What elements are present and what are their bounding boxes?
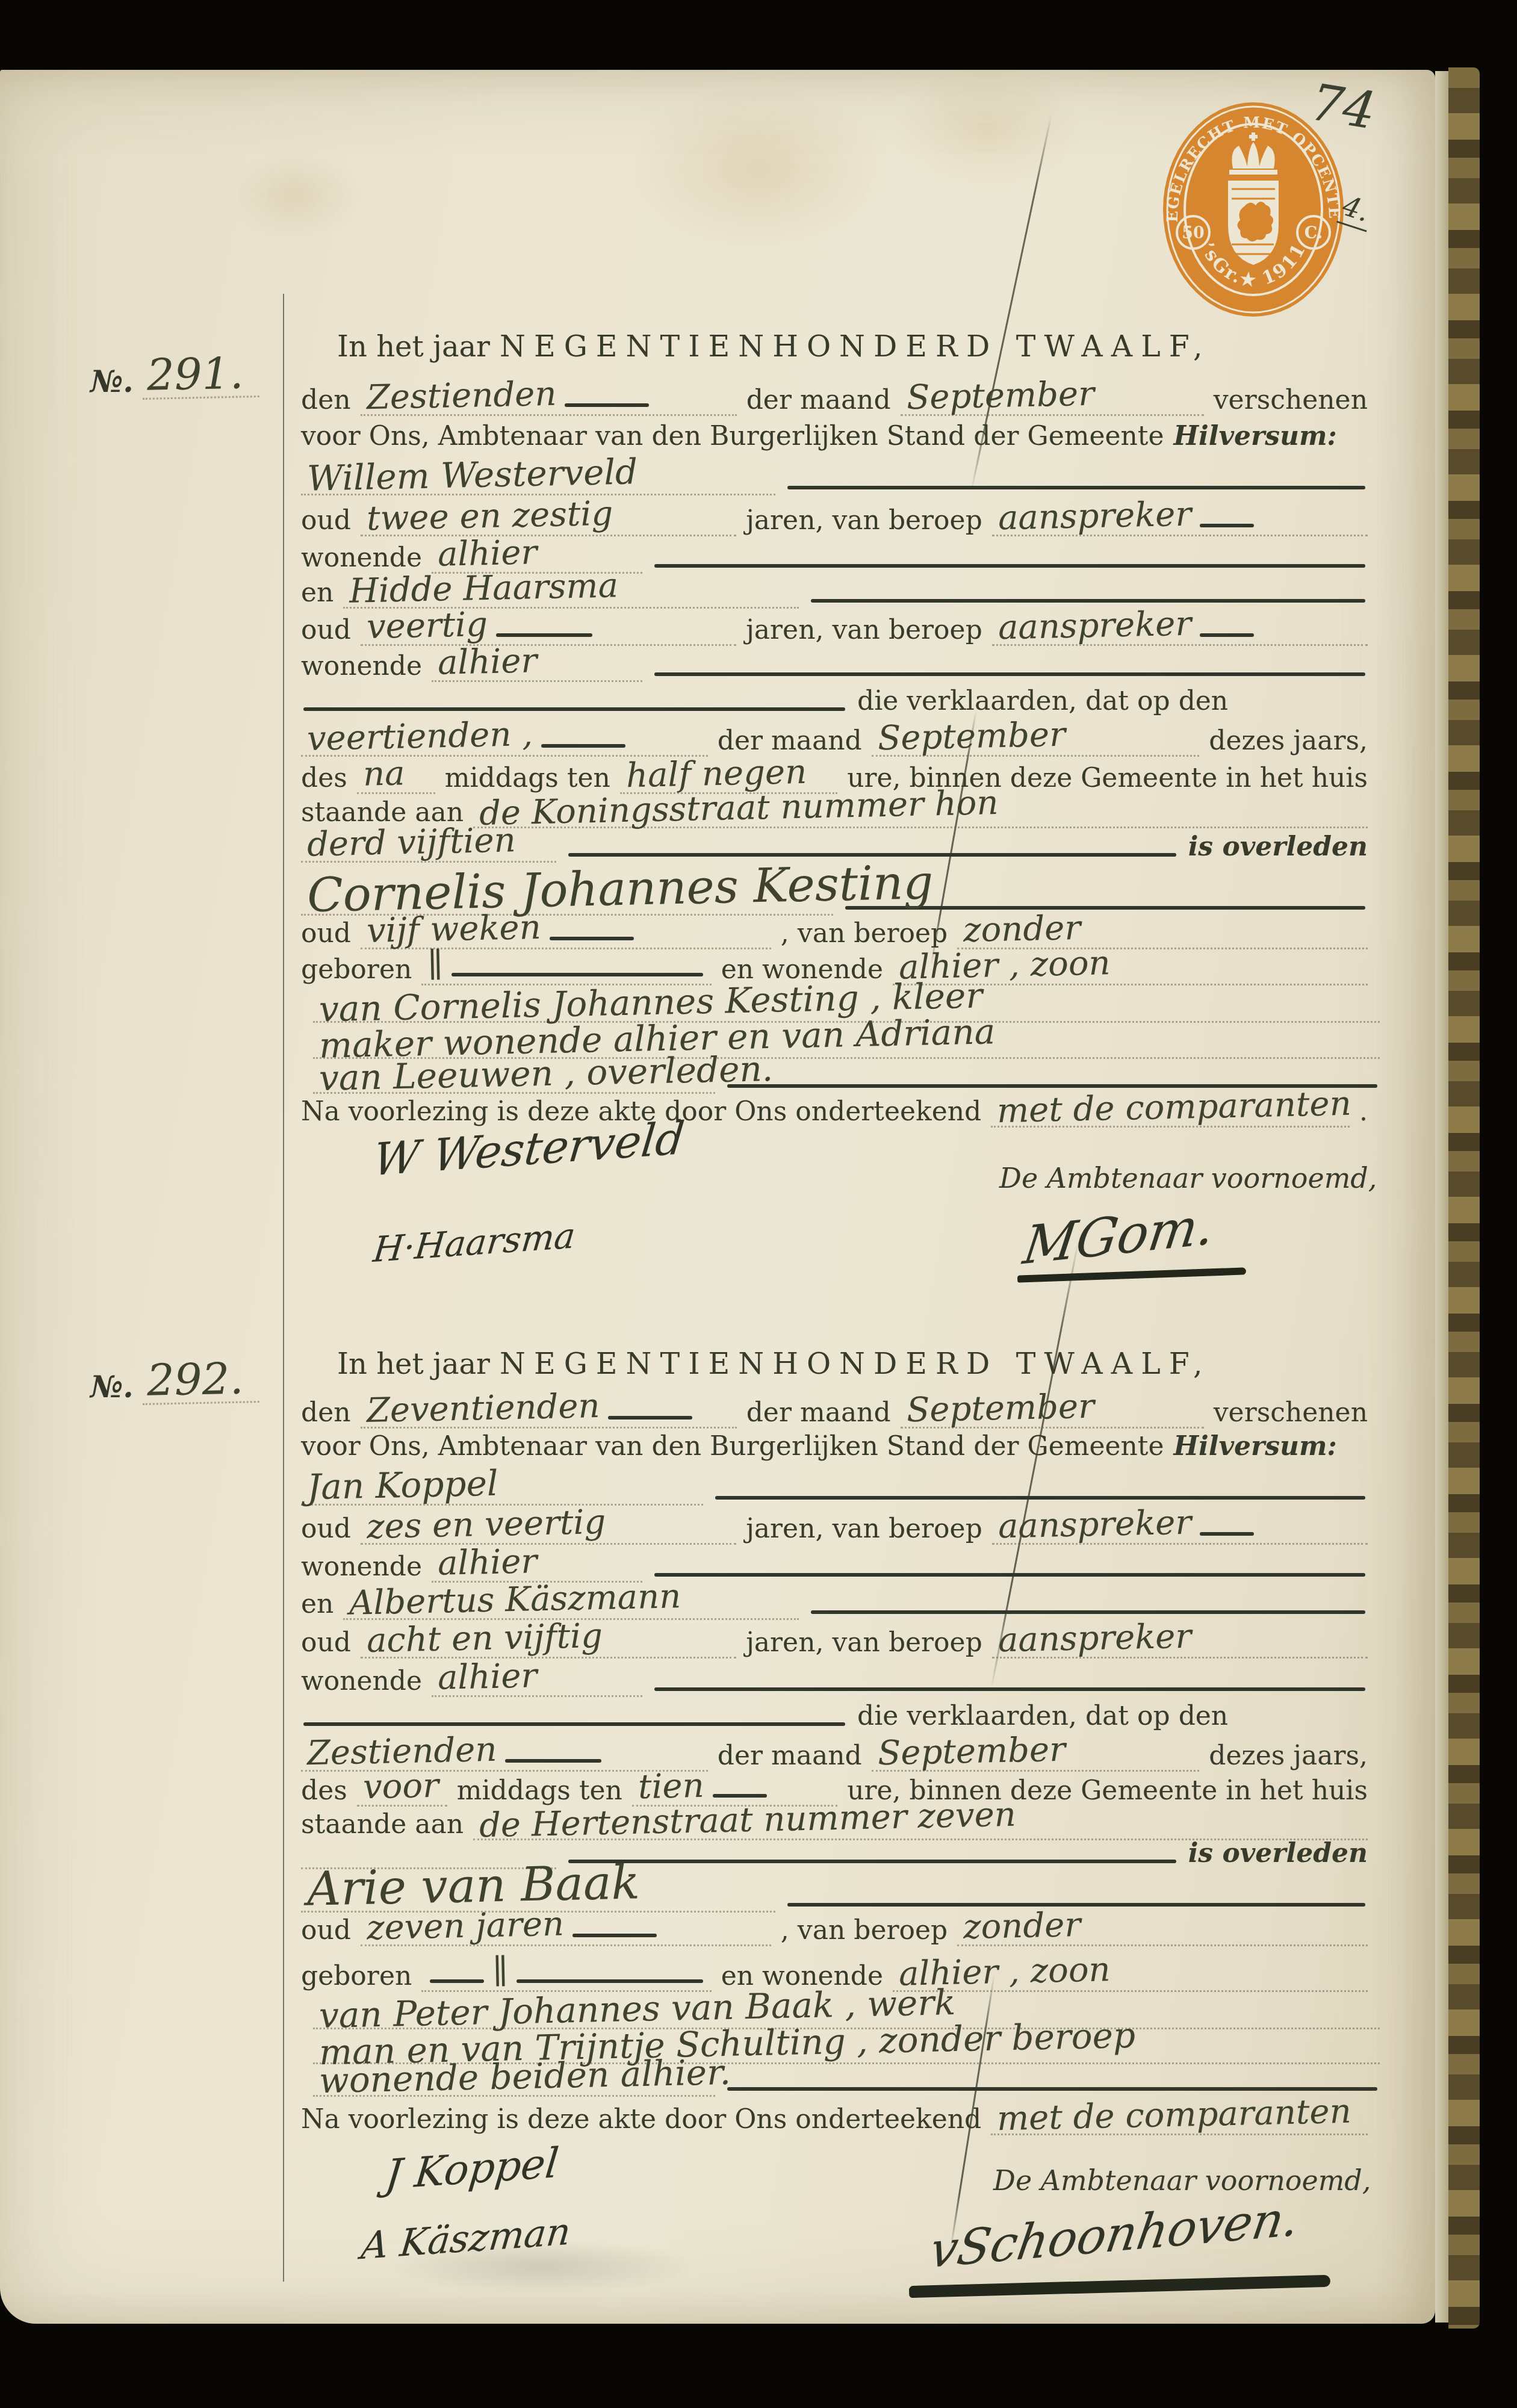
ink-dash: [505, 1759, 601, 1763]
declarant2-line: en Albertus Käszmann: [301, 1583, 1368, 1620]
residence2-handwritten: alhier: [438, 644, 538, 680]
margin-rule: [283, 294, 284, 2282]
oud-label: oud: [301, 1916, 351, 1946]
profession1-handwritten: aanspreker: [997, 498, 1191, 536]
age2-line: oud veertig jaren, van beroep aanspreker: [301, 609, 1368, 646]
death-month-handwritten: September: [877, 718, 1066, 756]
gemeente-label: Hilversum:: [1174, 421, 1337, 452]
date-line: den Zeventienden der maand September ver…: [301, 1392, 1368, 1429]
ink-dash: [541, 744, 625, 748]
deceased-age-handwritten: zeven jaren: [366, 1908, 564, 1946]
jaren-beroep-label: jaren, van beroep: [746, 615, 982, 646]
crown-icon: [1232, 142, 1274, 169]
age2-handwritten: acht en vijftig: [366, 1619, 603, 1658]
year-label: NEGENTIENHONDERD TWAALF,: [500, 1347, 1211, 1381]
ink-rule: [303, 1722, 845, 1726]
address1-handwritten: de Hertenstraat nummer zeven: [479, 1798, 1017, 1843]
address1-handwritten: de Koningsstraat nummer hon: [479, 786, 999, 831]
age1-line: oud twee en zestig jaren, van beroep aan…: [301, 500, 1368, 536]
declarant1-line: Willem Westerveld: [301, 458, 1368, 495]
ink-rule: [654, 564, 1365, 568]
verklaarden-label: die verklaarden, dat op den: [857, 1701, 1228, 1732]
ink-dash: [1200, 524, 1254, 527]
residence1-handwritten: alhier: [438, 536, 538, 571]
book-binding-edge: [1448, 67, 1480, 2329]
geboren-fill-handwritten: ∥: [492, 1955, 509, 1990]
jaren-beroep-label: jaren, van beroep: [746, 1514, 982, 1545]
residence1-handwritten: alhier: [438, 1545, 538, 1580]
closing-fill-handwritten: met de comparanten: [997, 1087, 1352, 1128]
death-month-handwritten: September: [877, 1733, 1066, 1771]
verschenen-label: verschenen: [1214, 1398, 1368, 1429]
declaration-line: die verklaarden, dat op den: [301, 1701, 1368, 1732]
ink-rule: [568, 853, 1176, 857]
parents3-handwritten: wonende beiden alhier.: [318, 2055, 731, 2098]
stamp-value-50: 50: [1182, 224, 1205, 243]
der-maand-label: der maand: [746, 385, 891, 416]
residence2-handwritten: alhier: [438, 1659, 538, 1695]
ink-rule: [303, 707, 845, 711]
declarant2-handwritten: Albertus Käszmann: [349, 1580, 681, 1621]
deceased-profession-handwritten: zonder: [963, 911, 1081, 948]
ink-dash: [572, 1934, 657, 1937]
folio-number: 74: [1307, 72, 1380, 141]
record-number-291: №. 291.: [90, 352, 271, 399]
deceased-profession-handwritten: zonder: [963, 1908, 1081, 1944]
des-label: des: [301, 763, 347, 794]
age2-handwritten: veertig: [366, 608, 488, 644]
ink-rule: [787, 486, 1365, 489]
ink-dash: [713, 1794, 767, 1798]
age1-handwritten: zes en veertig: [366, 1506, 606, 1544]
oud-label: oud: [301, 919, 351, 949]
ink-dash: [565, 403, 649, 407]
parents-line-2: maker wonende alhier en van Adriana: [313, 1021, 1380, 1059]
en-label: en: [301, 578, 333, 609]
official-title-label: De Ambtenaar voornoemd,: [999, 1162, 1377, 1194]
day-handwritten: Zestienden: [366, 377, 557, 415]
scanned-register-page: ZEGELRECHT MET OPCENTEN ’sGr.★ 1911 50 C…: [0, 0, 1517, 2408]
revenue-stamp: ZEGELRECHT MET OPCENTEN ’sGr.★ 1911 50 C…: [1162, 101, 1345, 318]
daypart-handwritten: voor: [362, 1769, 439, 1805]
des-label: des: [301, 1776, 347, 1807]
geboren-label: geboren: [301, 1961, 412, 1992]
ink-dash: [430, 1979, 484, 1983]
no-label: №.: [90, 1370, 134, 1404]
ink-dash: [1200, 633, 1254, 637]
official-title-label: De Ambtenaar voornoemd,: [993, 2164, 1371, 2197]
intro-label: In het jaar: [337, 330, 490, 364]
den-label: den: [301, 385, 351, 416]
oud-label: oud: [301, 1628, 351, 1659]
declarant1-handwritten: Willem Westerveld: [306, 454, 638, 495]
stamp-value-c: C.: [1304, 224, 1323, 243]
voor-ons-label: voor Ons, Ambtenaar van den Burgerlijken…: [301, 1432, 1164, 1462]
verschenen-label: verschenen: [1214, 385, 1368, 416]
parents-line-3: wonende beiden alhier.: [313, 2059, 1380, 2097]
daypart-handwritten: na: [362, 757, 405, 791]
wonende-label: wonende: [301, 651, 422, 682]
jaren-beroep-label: jaren, van beroep: [746, 1628, 982, 1659]
ink-rule: [654, 672, 1365, 676]
record-number-value: 292.: [141, 1356, 259, 1405]
parents3-handwritten: van Leeuwen , overleden.: [318, 1051, 773, 1096]
dezes-jaars-label: dezes jaars,: [1209, 726, 1368, 757]
intro-line: In het jaar NEGENTIENHONDERD TWAALF,: [337, 1347, 1367, 1381]
no-label: №.: [90, 364, 134, 399]
geboren-fill-handwritten: ∥: [427, 949, 444, 983]
oud-label: oud: [301, 615, 351, 646]
staande-aan-label: staande aan: [301, 1810, 464, 1840]
deceased-age-line: oud zeven jaren , van beroep zonder: [301, 1910, 1368, 1946]
oud-label: oud: [301, 1514, 351, 1545]
gemeente-label: Hilversum:: [1174, 1432, 1337, 1462]
ink-dash: [496, 633, 592, 637]
residence1-line: wonende alhier: [301, 1546, 1368, 1583]
wonende-label: wonende: [301, 543, 422, 574]
deceased-line: Arie van Baak: [301, 1863, 1368, 1913]
record-number-292: №. 292.: [90, 1358, 271, 1404]
declarant2-handwritten: Hidde Haarsma: [349, 569, 619, 608]
day-handwritten: Zeventienden: [366, 1389, 600, 1428]
deceased-name-handwritten: Arie van Baak: [306, 1859, 640, 1913]
ink-dash: [608, 1416, 692, 1420]
profession1-handwritten: aanspreker: [997, 1506, 1191, 1544]
jaren-beroep-label: jaren, van beroep: [746, 506, 982, 536]
deceased-age-handwritten: vijf weken: [366, 911, 541, 948]
ink-dash: [550, 937, 634, 940]
death-date-line: Zestienden der maand September dezes jaa…: [301, 1735, 1368, 1772]
ink-rule: [811, 599, 1365, 603]
hour-handwritten: tien: [638, 1769, 704, 1804]
der-maand-label: der maand: [718, 726, 862, 757]
death-date-line: veertienden , der maand September dezes …: [301, 720, 1368, 757]
official-intro-line: voor Ons, Ambtenaar van den Burgerlijken…: [301, 1432, 1368, 1462]
profession2-handwritten: aanspreker: [997, 1620, 1191, 1658]
intro-line: In het jaar NEGENTIENHONDERD TWAALF,: [337, 330, 1367, 364]
wonende-label: wonende: [301, 1666, 422, 1697]
oud-label: oud: [301, 506, 351, 536]
middags-ten-label: middags ten: [457, 1776, 622, 1807]
age1-line: oud zes en veertig jaren, van beroep aan…: [301, 1508, 1368, 1545]
der-maand-label: der maand: [746, 1398, 891, 1429]
wonende-label: wonende: [301, 1552, 422, 1583]
declarant2-line: en Hidde Haarsma: [301, 572, 1368, 609]
residence2-line: wonende alhier: [301, 645, 1368, 682]
signature-declarant1: J Koppel: [383, 2143, 560, 2197]
deceased-age-line: oud vijf weken , van beroep zonder: [301, 913, 1368, 949]
geboren-label: geboren: [301, 955, 412, 985]
ink-rule: [727, 2087, 1377, 2091]
closing-line: Na voorlezing is deze akte door Ons onde…: [301, 1091, 1368, 1128]
month-handwritten: September: [906, 1390, 1094, 1428]
ink-rule: [811, 1610, 1365, 1614]
ink-rule: [715, 1496, 1365, 1500]
date-line: den Zestienden der maand September versc…: [301, 379, 1368, 416]
closing-label: Na voorlezing is deze akte door Ons onde…: [301, 2105, 981, 2135]
death-day-handwritten: veertienden ,: [306, 718, 533, 756]
death-day-handwritten: Zestienden: [306, 1733, 497, 1771]
age1-handwritten: twee en zestig: [366, 497, 613, 536]
record-number-value: 291.: [141, 351, 259, 400]
van-beroep-label: , van beroep: [781, 1916, 948, 1946]
intro-label: In het jaar: [337, 1348, 490, 1381]
den-label: den: [301, 1398, 351, 1429]
der-maand-label: der maand: [718, 1741, 862, 1772]
ink-rule: [451, 973, 703, 976]
voor-ons-label: voor Ons, Ambtenaar van den Burgerlijken…: [301, 421, 1164, 452]
ink-rule: [654, 1573, 1365, 1577]
ink-rule: [654, 1687, 1365, 1691]
verklaarden-label: die verklaarden, dat op den: [857, 686, 1228, 717]
dezes-jaars-label: dezes jaars,: [1209, 1741, 1368, 1772]
official-intro-line: voor Ons, Ambtenaar van den Burgerlijken…: [301, 421, 1368, 452]
ink-dash: [1200, 1532, 1254, 1536]
residence1-line: wonende alhier: [301, 537, 1368, 574]
age2-line: oud acht en vijftig jaren, van beroep aa…: [301, 1622, 1368, 1659]
declarant1-handwritten: Jan Koppel: [306, 1466, 498, 1505]
address-line-1: staande aan de Hertenstraat nummer zeven: [301, 1804, 1368, 1840]
declaration-line: die verklaarden, dat op den: [301, 686, 1368, 717]
profession2-handwritten: aanspreker: [997, 607, 1191, 645]
closing-fill-handwritten: met de comparanten: [997, 2095, 1352, 2136]
period: .: [1359, 1097, 1368, 1128]
month-handwritten: September: [906, 377, 1094, 415]
closing-line: Na voorlezing is deze akte door Ons onde…: [301, 2099, 1368, 2135]
ink-rule: [517, 1979, 703, 1983]
en-label: en: [301, 1589, 333, 1620]
van-beroep-label: , van beroep: [781, 919, 948, 949]
address2-handwritten: derd vijftien: [306, 824, 516, 861]
deceased-line: Cornelis Johannes Kesting: [301, 866, 1368, 916]
page-edge: [1435, 71, 1448, 2323]
declarant1-line: Jan Koppel: [301, 1468, 1368, 1506]
middags-ten-label: middags ten: [445, 763, 610, 794]
year-label: NEGENTIENHONDERD TWAALF,: [500, 330, 1211, 364]
residence2-line: wonende alhier: [301, 1660, 1368, 1697]
is-overleden-label: is overleden: [1188, 832, 1368, 863]
